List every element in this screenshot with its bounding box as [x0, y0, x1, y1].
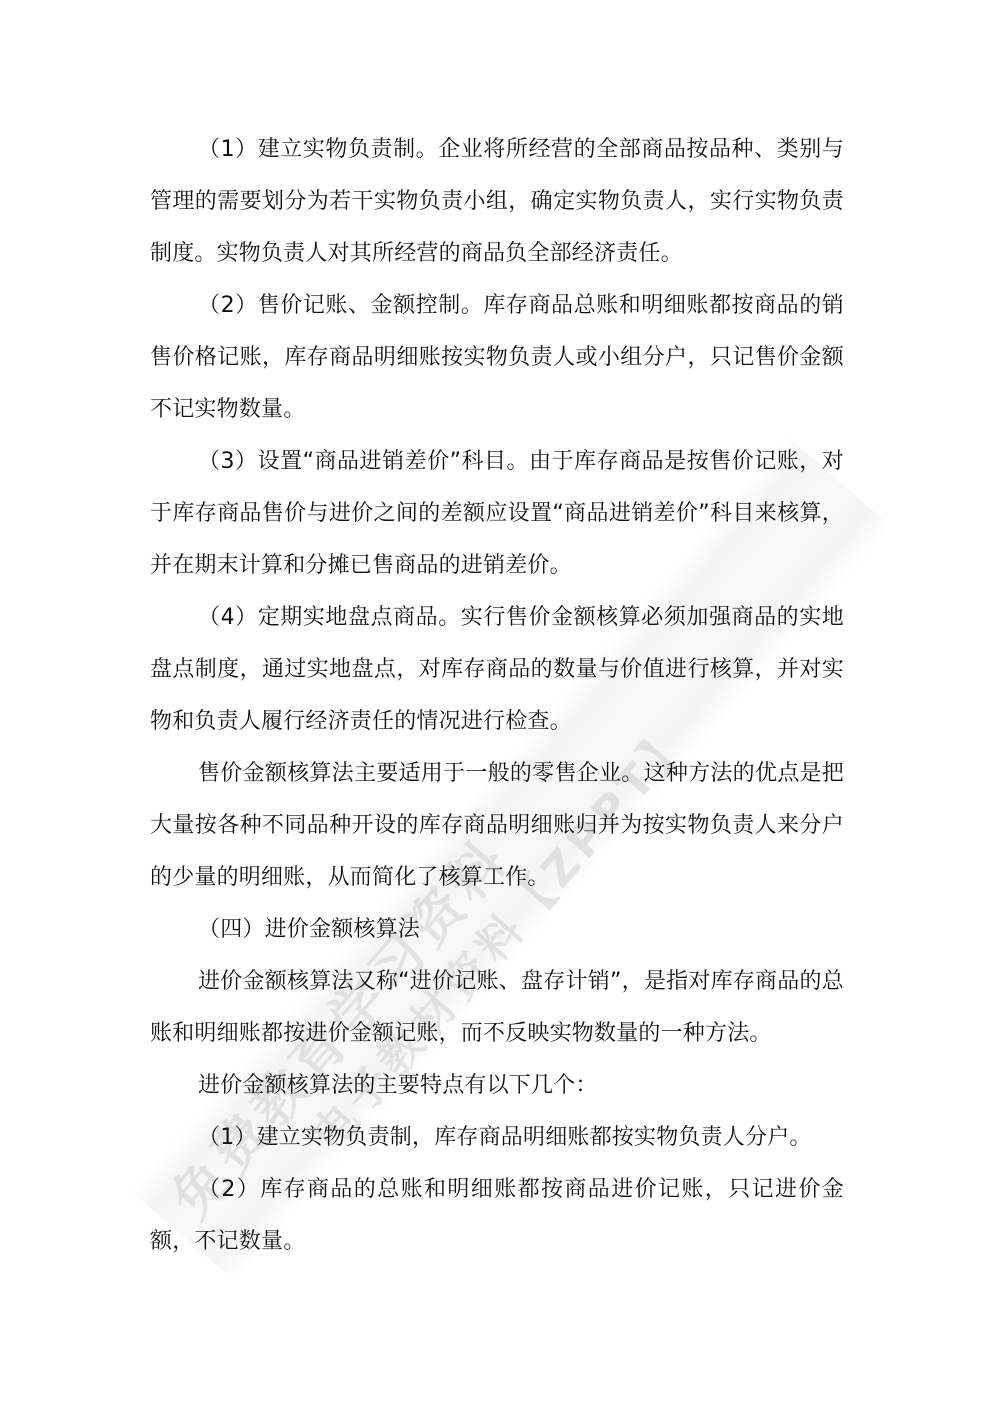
paragraph-summary: 售价金额核算法主要适用于一般的零售企业。这种方法的优点是把大量按各种不同品种开设… [150, 748, 844, 904]
paragraph-feature-2: （2）库存商品的总账和明细账都按商品进价记账，只记进价金额，不记数量。 [150, 1164, 844, 1268]
paragraph-item-2: （2）售价记账、金额控制。库存商品总账和明细账都按商品的销售价格记账，库存商品明… [150, 280, 844, 436]
paragraph-item-1: （1）建立实物负责制。企业将所经营的全部商品按品种、类别与管理的需要划分为若干实… [150, 124, 844, 280]
document-page: （1）建立实物负责制。企业将所经营的全部商品按品种、类别与管理的需要划分为若干实… [150, 124, 844, 1268]
paragraph-item-3: （3）设置“商品进销差价”科目。由于库存商品是按售价记账，对于库存商品售价与进价… [150, 436, 844, 592]
paragraph-feature-1: （1）建立实物负责制，库存商品明细账都按实物负责人分户。 [150, 1112, 844, 1164]
section-heading: （四）进价金额核算法 [150, 904, 844, 956]
paragraph-definition: 进价金额核算法又称“进价记账、盘存计销”，是指对库存商品的总账和明细账都按进价金… [150, 956, 844, 1060]
paragraph-features-intro: 进价金额核算法的主要特点有以下几个： [150, 1060, 844, 1112]
paragraph-item-4: （4）定期实地盘点商品。实行售价金额核算必须加强商品的实地盘点制度，通过实地盘点… [150, 592, 844, 748]
